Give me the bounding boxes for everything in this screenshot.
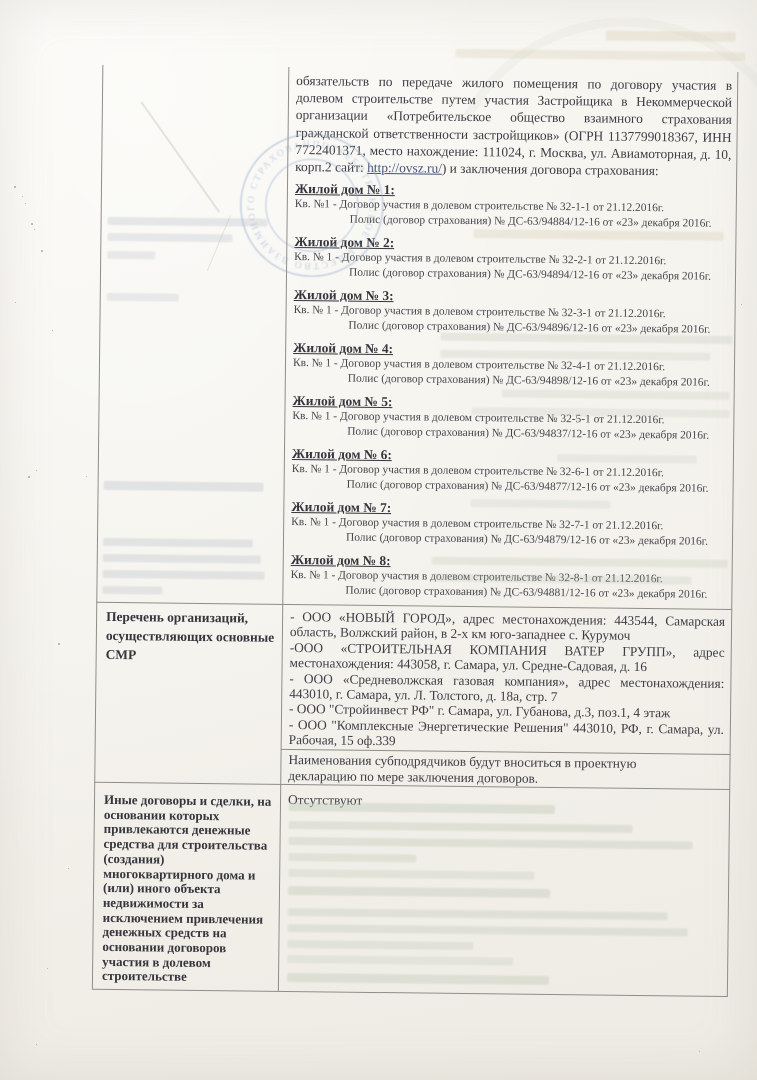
ovs-site-link[interactable]: http://ovsz.ru/ (367, 160, 442, 176)
ghost-text-bar (557, 454, 697, 464)
smr-organizations-cell: - ООО «НОВЫЙ ГОРОД», адрес местонахожден… (282, 604, 732, 754)
dust-speck (58, 643, 60, 645)
organization-line: - ООО «НОВЫЙ ГОРОД», адрес местонахожден… (290, 609, 725, 645)
house-block: Жилой дом № 1: Кв. №1 - Договор участия … (295, 181, 731, 231)
ghost-text-bar (107, 251, 155, 260)
ghost-text-bar (103, 570, 265, 580)
scanned-document-page: обязательств по передаче жилого помещени… (0, 0, 757, 1080)
dust-speck (36, 470, 37, 471)
dust-speck (86, 476, 87, 477)
dust-speck (68, 868, 69, 869)
ghost-text-bar (455, 49, 745, 61)
dust-speck (25, 203, 26, 204)
ghost-text-bar (104, 481, 264, 492)
paper-crease-streak (140, 102, 219, 213)
ghost-text-bar (102, 586, 162, 595)
dust-speck (15, 302, 16, 303)
insurance-intro-paragraph: обязательств по передаче жилого помещени… (295, 72, 732, 180)
house-block: Жилой дом № 5: Кв. № 1 - Договор участия… (292, 393, 728, 443)
dust-speck (31, 223, 33, 225)
house-block: Жилой дом № 4: Кв. № 1 - Договор участия… (293, 340, 729, 390)
intro-text-after-link: ) и заключения договора страхования: (442, 161, 659, 178)
ghost-text-bar (107, 233, 232, 242)
organization-line: -ООО «СТРОИТЕЛЬНАЯ КОМПАНИЯ ВАТЕР ГРУПП»… (290, 640, 725, 676)
house-block: Жилой дом № 6: Кв. № 1 - Договор участия… (292, 446, 728, 496)
intro-text-before-link: обязательств по передаче жилого помещени… (295, 73, 732, 175)
dust-speck (34, 229, 35, 230)
organization-line: - ООО "Комплексные Энергетические Решени… (289, 717, 724, 753)
dust-speck (741, 304, 742, 305)
ghost-text-bar (288, 853, 416, 862)
house-block: Жилой дом № 2: Кв. № 1 - Договор участия… (294, 234, 730, 284)
dust-speck (14, 186, 16, 188)
subcontractors-note-cell: Наименования субподрядчиков будут вносит… (281, 749, 729, 789)
dust-speck (28, 476, 30, 478)
dust-speck (52, 330, 53, 331)
dust-speck (47, 968, 48, 969)
ghost-text-bar (108, 217, 268, 227)
ghost-text-bar (103, 538, 253, 548)
dust-speck (699, 1051, 700, 1052)
ghost-text-bar (103, 554, 261, 564)
smr-label-cell: Перечень организаций, осуществляющих осн… (96, 602, 283, 749)
bleed-through-ghost-text (6, 0, 757, 4)
house-block: Жилой дом № 3: Кв. № 1 - Договор участия… (293, 287, 729, 337)
dust-speck (22, 196, 23, 197)
organization-line: - ООО «Средневолжская газовая компания»,… (289, 671, 724, 707)
ghost-text-bar (107, 293, 179, 302)
ghost-text-bar (470, 499, 610, 509)
other-contracts-label-cell: Иные договоры и сделки, на основании кот… (93, 782, 281, 991)
dust-speck (41, 250, 43, 252)
document-content: обязательств по передаче жилого помещени… (0, 0, 757, 1080)
dust-speck (36, 1044, 37, 1045)
ghost-text-bar (606, 31, 736, 42)
